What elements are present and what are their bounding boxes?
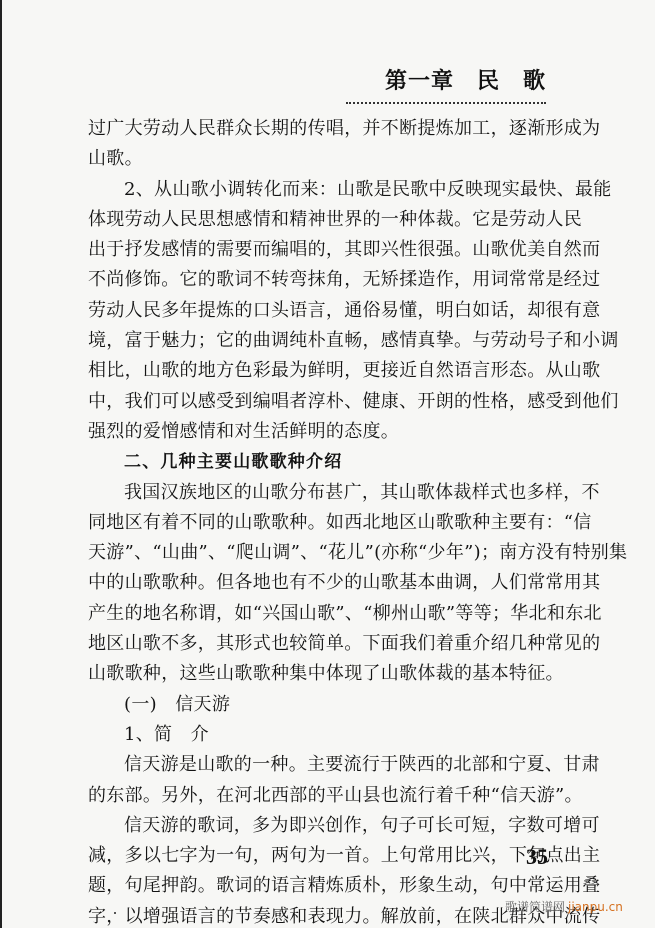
text-line: 出于抒发感情的需要而编唱的，其即兴性很强。山歌优美自然而 [88, 235, 558, 265]
text-line: 同地区有着不同的山歌歌种。如西北地区山歌歌种主要有：“信 [88, 508, 558, 538]
text-line: 体现劳动人民思想感情和精神世界的一种体裁。它是劳动人民 [88, 205, 558, 235]
text-line: 产生的地名称谓，如“兴国山歌”、“柳州山歌”等等；华北和东北 [88, 599, 558, 629]
header-dotted-rule [346, 102, 546, 104]
watermark-domain: jianpu.cn [568, 900, 623, 914]
text-line: 劳动人民多年提炼的口头语言，通俗易懂，明白如话，却很有意 [88, 296, 558, 326]
watermark-text: 歌谱简谱网 [505, 900, 565, 914]
body-text: 过广大劳动人民群众长期的传唱，并不断提炼加工，逐渐形成为 山歌。 2、从山歌小调… [88, 114, 558, 928]
text-line: 境，富于魅力；它的曲调纯朴直畅，感情真挚。与劳动号子和小调 [88, 326, 558, 356]
page-number: 35 [526, 844, 548, 870]
paragraph-start-line: 信天游是山歌的一种。主要流行于陕西的北部和宁夏、甘肃 [88, 750, 558, 780]
text-line: 字，以增强语言的节奏感和表现力。解放前，在陕北群众中流传 [88, 902, 558, 928]
text-line: 山歌。 [88, 144, 558, 174]
watermark: 歌谱简谱网jianpu.cn [505, 898, 623, 915]
scan-speck [114, 912, 116, 914]
chapter-title: 第一章 民 歌 [385, 64, 546, 95]
text-line: 相比，山歌的地方色彩最为鲜明，更接近自然语言形态。从山歌 [88, 356, 558, 386]
paragraph-start-line: 2、从山歌小调转化而来：山歌是民歌中反映现实最快、最能 [88, 175, 558, 205]
subsection-heading: (一) 信天游 [88, 690, 558, 720]
text-line: 地区山歌不多，其形式也较简单。下面我们着重介绍几种常见的 [88, 629, 558, 659]
text-line: 中，我们可以感受到编唱者淳朴、健康、开朗的性格，感受到他们 [88, 387, 558, 417]
paragraph-start-line: 信天游的歌词，多为即兴创作，句子可长可短，字数可增可 [88, 811, 558, 841]
paragraph-start-line: 我国汉族地区的山歌分布甚广，其山歌体裁样式也多样，不 [88, 478, 558, 508]
text-line: 减，多以七字为一句，两句为一首。上句常用比兴，下句点出主 [88, 841, 558, 871]
text-line: 中的山歌歌种。但各地也有不少的山歌基本曲调，人们常常用其 [88, 568, 558, 598]
text-line: 不尚修饰。它的歌词不转弯抹角，无矫揉造作，用词常常是经过 [88, 265, 558, 295]
subsection-heading: 1、简 介 [88, 720, 558, 750]
text-line: 的东部。另外，在河北西部的平山县也流行着千种“信天游”。 [88, 781, 558, 811]
text-line: 过广大劳动人民群众长期的传唱，并不断提炼加工，逐渐形成为 [88, 114, 558, 144]
scan-speck [312, 914, 315, 916]
text-line: 题，句尾押韵。歌词的语言精炼质朴，形象生动，句中常运用叠 [88, 871, 558, 901]
text-line: 天游”、“山曲”、“爬山调”、“花儿”(亦称“少年”)；南方没有特别集 [88, 538, 558, 568]
page-left-edge [0, 0, 2, 928]
text-line: 强烈的爱憎感情和对生活鲜明的态度。 [88, 417, 558, 447]
section-heading: 二、几种主要山歌歌种介绍 [88, 447, 558, 477]
text-line: 山歌歌种，这些山歌歌种集中体现了山歌体裁的基本特征。 [88, 659, 558, 689]
